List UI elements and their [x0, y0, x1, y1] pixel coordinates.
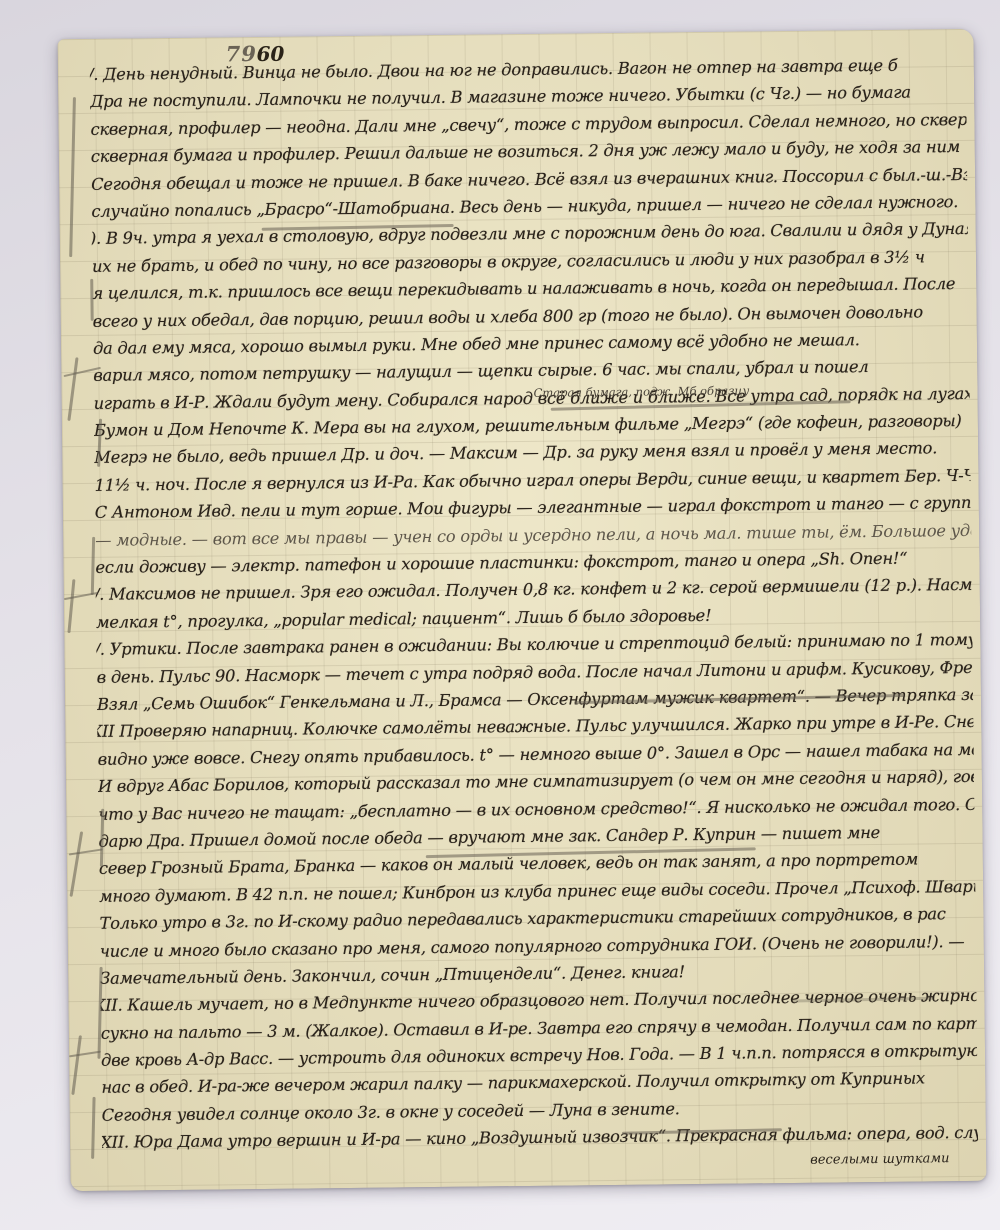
- scanned-diary-page: { "document": { "page_number_pencil": "7…: [0, 0, 1000, 1230]
- margin-pencil-mark: [67, 579, 75, 633]
- margin-pencil-mark: [70, 831, 83, 897]
- margin-pencil-mark: [64, 592, 98, 601]
- margin-pencil-mark: [71, 1035, 81, 1095]
- margin-pencil-mark: [91, 537, 95, 595]
- margin-pencil-mark: [69, 97, 75, 257]
- handwriting-block: 27/. День ненудный. Винца не было. Двои …: [90, 51, 978, 1156]
- margin-pencil-mark: [91, 1097, 95, 1159]
- interlinear-note: Старая бумага, подж. Мб образцу: [533, 383, 749, 399]
- paper-sheet: 79 60 27/. День ненудный. Винца не было.…: [57, 29, 986, 1191]
- margin-pencil-mark: [69, 848, 103, 855]
- margin-pencil-mark: [69, 1051, 101, 1058]
- margin-pencil-mark: [67, 357, 78, 421]
- margin-pencil-mark: [90, 279, 93, 321]
- handwriting-subline: веселыми шутками: [810, 1151, 949, 1168]
